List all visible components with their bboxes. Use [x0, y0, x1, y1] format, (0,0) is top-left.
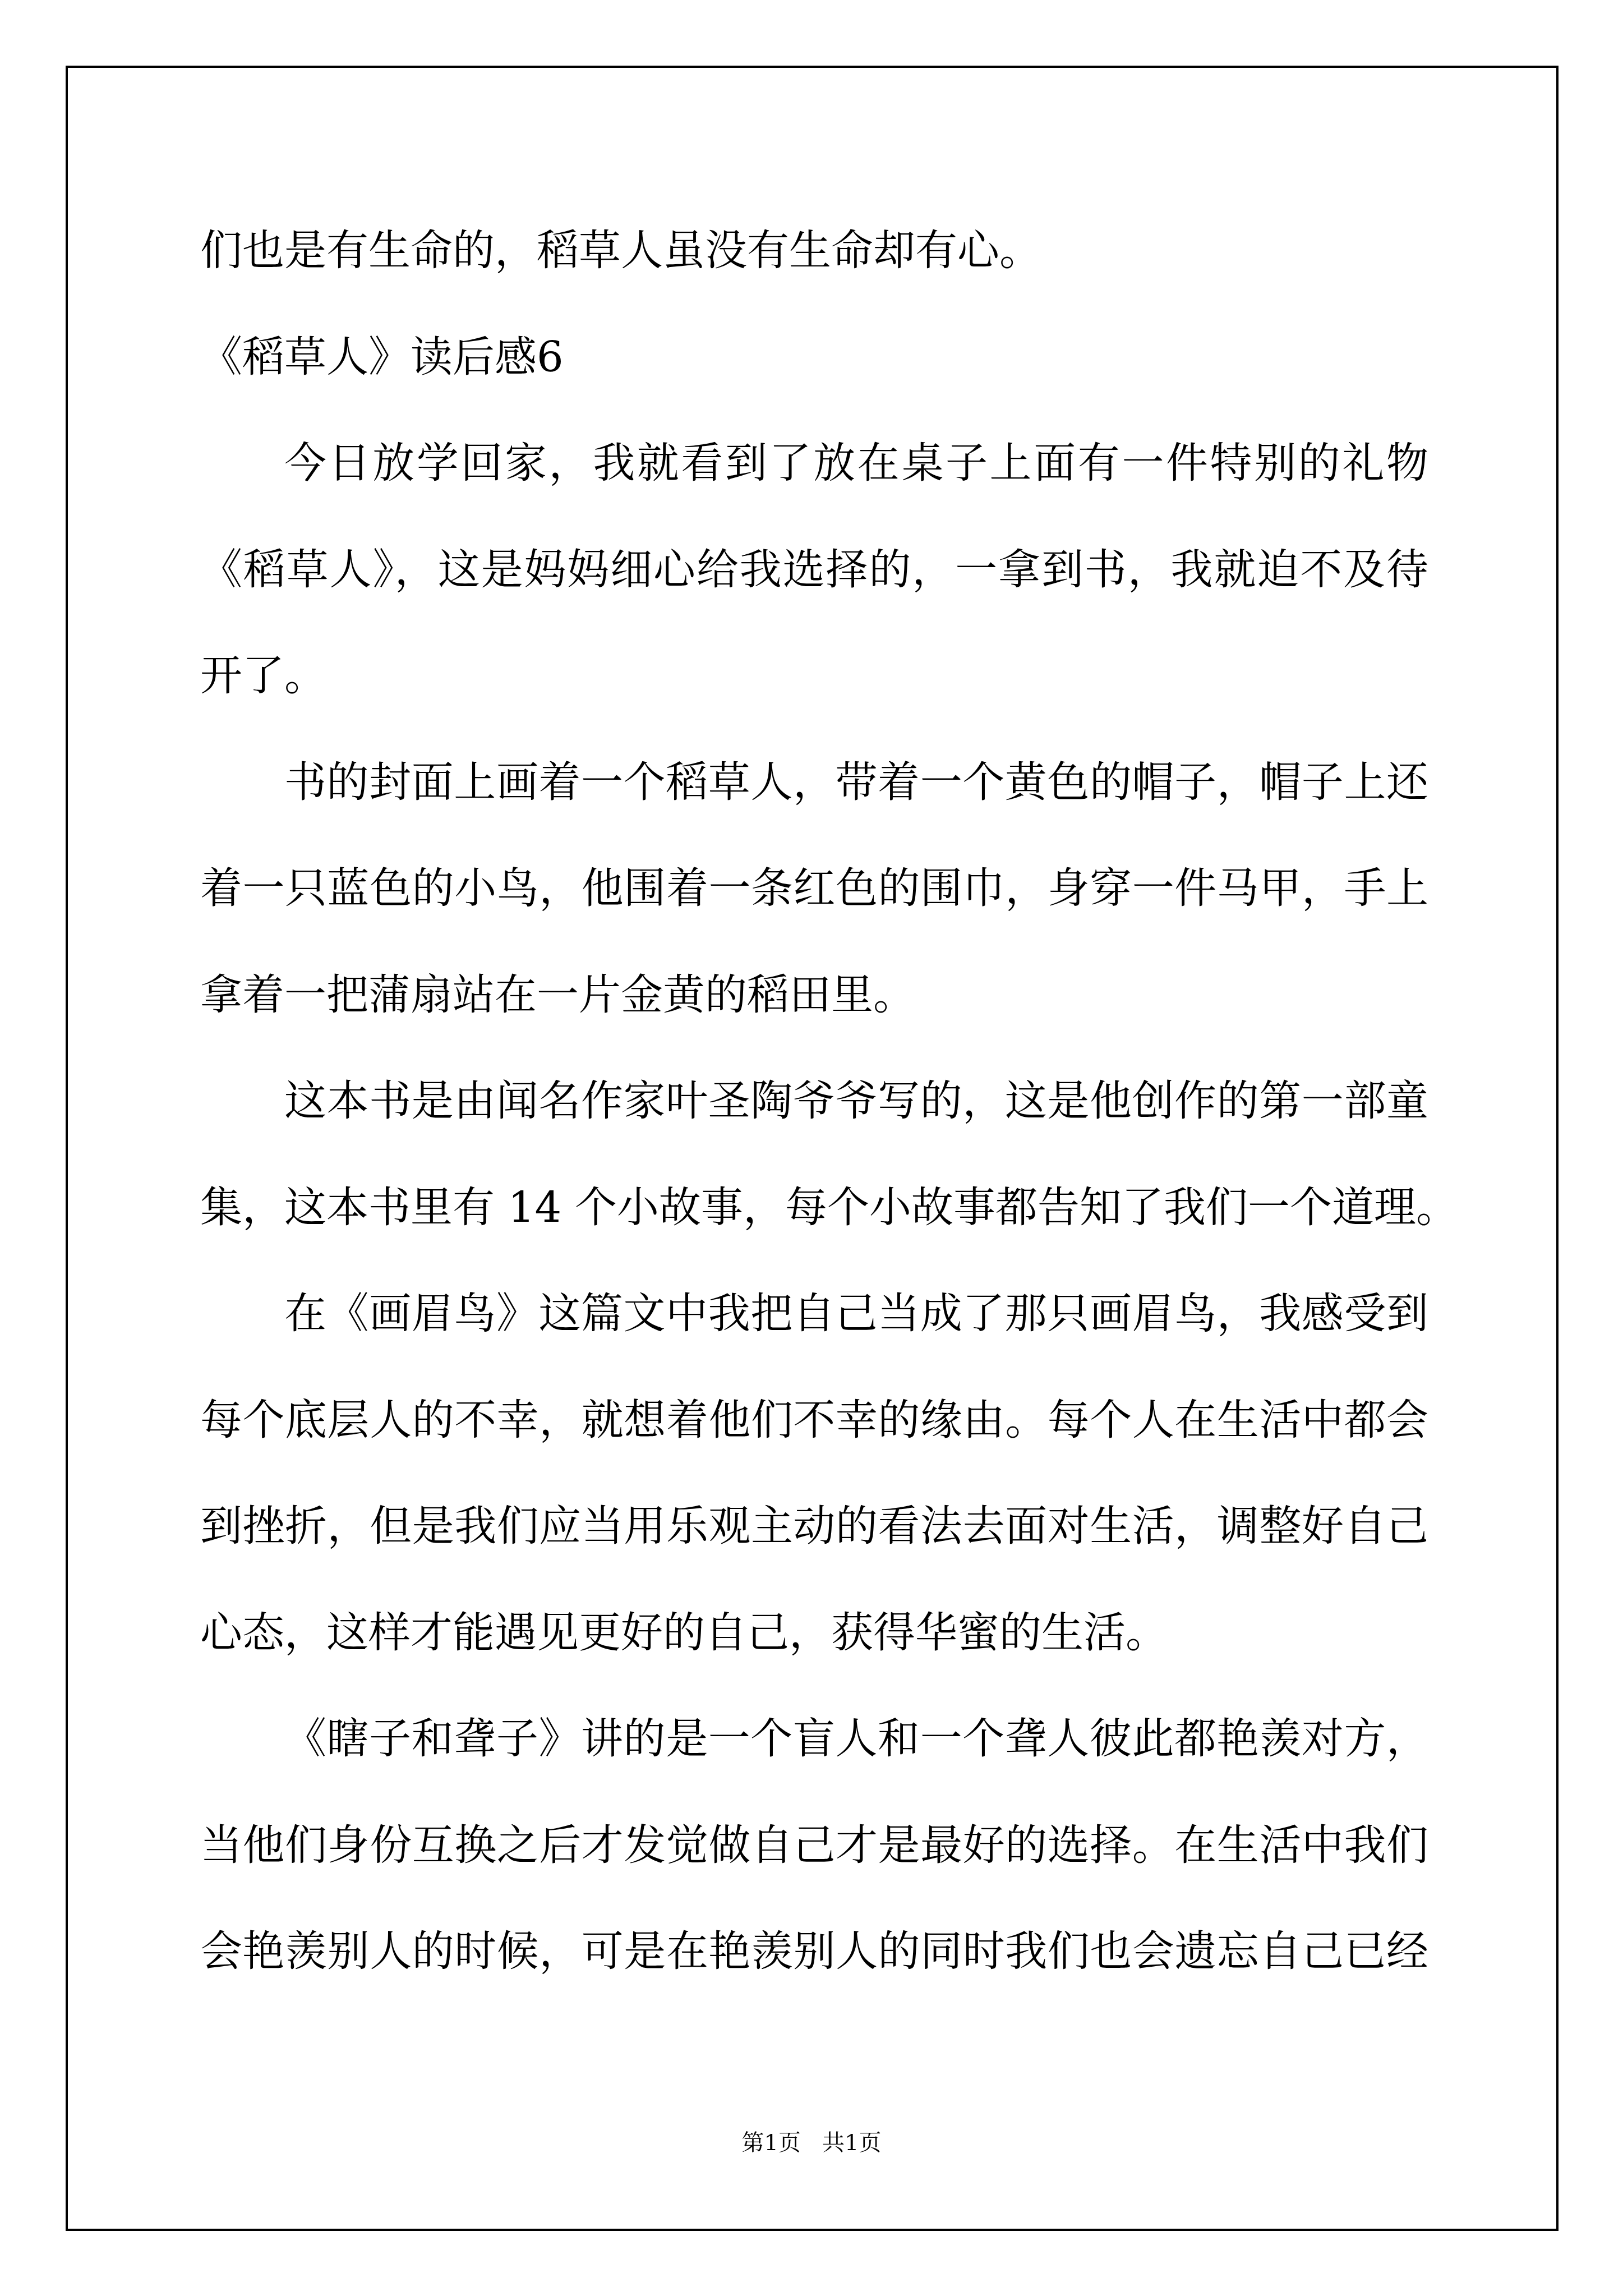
document-body: 们也是有生命的，稻草人虽没有生命却有心。 《稻草人》读后感6 今日放学回家，我就… — [200, 197, 1428, 2005]
text-line-14: 心态，这样才能遇见更好的自己，获得华蜜的生活。 — [200, 1580, 1428, 1686]
text-line-16: 当他们身份互换之后才发觉做自己才是最好的选择。在生活中我们也 — [200, 1792, 1428, 1899]
section-heading: 《稻草人》读后感6 — [200, 304, 1428, 411]
text-line-6: 书的封面上画着一个稻草人，带着一个黄色的帽子，帽子上还站 — [200, 729, 1428, 836]
text-line-9: 这本书是由闻名作家叶圣陶爷爷写的，这是他创作的第一部童话 — [200, 1048, 1428, 1154]
text-line-3: 今日放学回家，我就看到了放在桌子上面有一件特别的礼物—— — [200, 410, 1428, 517]
text-line-17: 会艳羡别人的时候，可是在艳羡别人的同时我们也会遗忘自己已经拥 — [200, 1898, 1428, 2005]
text-line-8: 拿着一把蒲扇站在一片金黄的稻田里。 — [200, 942, 1428, 1048]
text-line-5: 开了。 — [200, 623, 1428, 729]
page-number-footer: 第1页 共1页 — [0, 2126, 1623, 2160]
text-line-10: 集，这本书里有 14 个小故事，每个小故事都告知了我们一个道理。 — [200, 1154, 1428, 1261]
text-line-12: 每个底层人的不幸，就想着他们不幸的缘由。每个人在生活中都会遇 — [200, 1367, 1428, 1474]
text-line-15: 《瞎子和聋子》讲的是一个盲人和一个聋人彼此都艳羡对方，但 — [200, 1686, 1428, 1792]
text-line-7: 着一只蓝色的小鸟，他围着一条红色的围巾，身穿一件马甲，手上还 — [200, 835, 1428, 942]
text-line-4: 《稻草人》，这是妈妈细心给我选择的，一拿到书，我就迫不及待地打 — [200, 517, 1428, 623]
text-line-13: 到挫折，但是我们应当用乐观主动的看法去面对生活，调整好自己的 — [200, 1473, 1428, 1580]
text-line-11: 在《画眉鸟》这篇文中我把自己当成了那只画眉鸟，我感受到了 — [200, 1260, 1428, 1367]
text-line-1: 们也是有生命的，稻草人虽没有生命却有心。 — [200, 197, 1428, 304]
